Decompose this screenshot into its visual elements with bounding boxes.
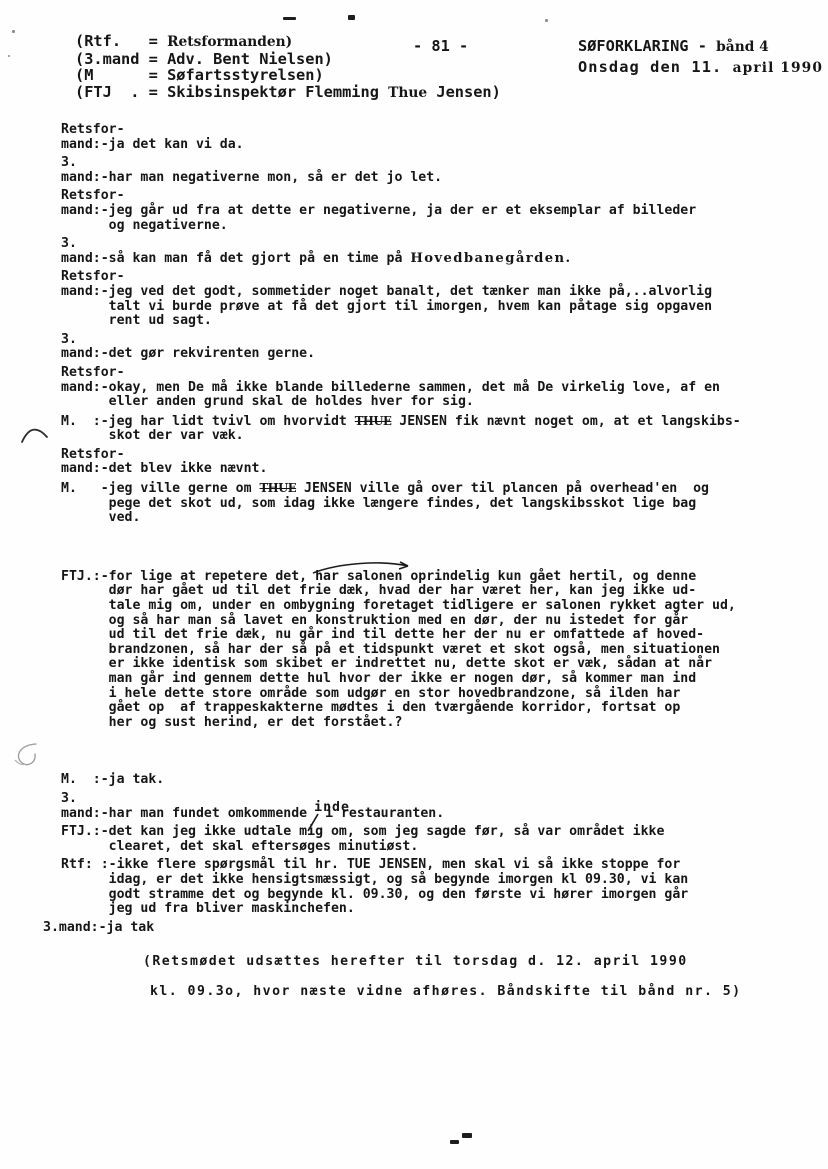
text-segment: mand:-jeg ved det godt, sommetider noget… xyxy=(61,284,712,299)
session-date: Onsdag den 11. april 1990 xyxy=(578,58,828,79)
text-segment: mand:-ja det kan vi da. xyxy=(61,137,244,152)
handwritten-insertion-word: inde xyxy=(314,801,350,816)
transcript-line: godt stramme det og begynde kl. 09.30, o… xyxy=(61,888,791,903)
text-segment: talt vi burde prøve at få det gjort til … xyxy=(61,299,712,314)
text-segment: dør har gået ud til det frie dæk, hvad d… xyxy=(61,583,696,598)
text-segment: (3.mand = Adv. Bent Nielsen) xyxy=(75,50,333,68)
transcript-line: 3.mand:-ja tak xyxy=(43,921,791,936)
text-segment: Retsfor- xyxy=(61,188,125,203)
handwritten-caret-stroke xyxy=(305,813,319,832)
text-segment: Retsfor- xyxy=(61,365,125,380)
text-segment: clearet, det skal eftersøges minutiøst. xyxy=(61,839,418,854)
transcript-line: gået op af trappeskakterne mødtes i den … xyxy=(61,701,791,716)
text-segment: Onsdag den 11. xyxy=(578,58,733,76)
text-segment: 3. xyxy=(61,155,77,170)
text-segment: (FTJ . = Skibsinspektør Flemming xyxy=(75,83,388,101)
inserted-typeface-text: Hovedbanegården. xyxy=(410,251,571,266)
inserted-typeface-text: Thue xyxy=(388,85,427,101)
scan-artifact-dash xyxy=(450,1140,459,1144)
transcript-line: ud til det frie dæk, nu går ind til dett… xyxy=(61,628,791,643)
header-right: SØFORKLARING - bånd 4Onsdag den 11. apri… xyxy=(578,37,828,78)
transcript-line: eller anden grund skal de holdes hver fo… xyxy=(61,395,791,410)
text-segment: idag, er det ikke hensigtsmæssigt, og så… xyxy=(61,872,688,887)
text-segment: tale mig om, under en ombygning foretage… xyxy=(61,598,736,613)
transcript-body: Retsfor-mand:-ja det kan vi da.3.mand:-h… xyxy=(61,123,791,1000)
text-segment: jeg ud fra bliver maskinchefen. xyxy=(61,901,355,916)
transcript-line: mand:-ja det kan vi da. xyxy=(61,138,791,153)
transcript-line: idag, er det ikke hensigtsmæssigt, og så… xyxy=(61,873,791,888)
text-segment: M. :-ja tak. xyxy=(61,772,164,787)
transcript-line: Retsfor- xyxy=(61,270,791,285)
transcript-line: 3. xyxy=(61,792,791,807)
text-segment: godt stramme det og begynde kl. 09.30, o… xyxy=(61,887,688,902)
scan-artifact-dash xyxy=(462,1133,472,1138)
text-segment: gået op af trappeskakterne mødtes i den … xyxy=(61,700,680,715)
text-segment: Retsfor- xyxy=(61,122,125,137)
text-segment: og så har man så lavet en konstruktion m… xyxy=(61,613,688,628)
transcript-line: her og sust herind, er det forstået.? xyxy=(61,716,791,731)
text-segment: mand:-har man negativerne mon, så er det… xyxy=(61,170,442,185)
transcript-line: skot der var væk. xyxy=(61,429,791,444)
transcript-line: er ikke identisk som skibet er indrettet… xyxy=(61,657,791,672)
transcript-line: M. :-ja tak. xyxy=(61,773,791,788)
case-title: SØFORKLARING - bånd 4 xyxy=(578,37,828,58)
text-segment: M. -jeg ville gerne om xyxy=(61,481,260,496)
text-segment: JENSEN fik nævnt noget om, at et langski… xyxy=(391,414,740,429)
transcript-line: 3. xyxy=(61,237,791,252)
text-segment: 3. xyxy=(61,791,77,806)
text-segment: (Rtf. = xyxy=(75,32,167,50)
text-segment: pege det skot ud, som idag ikke længere … xyxy=(61,496,696,511)
handwritten-arc-annotation xyxy=(311,561,416,576)
scanned-transcript-page: (Rtf. = Retsformanden)(3.mand = Adv. Ben… xyxy=(0,0,828,1169)
text-segment: FTJ.:-det kan jeg ikke udtale mig om, so… xyxy=(61,824,664,839)
text-segment: brandzonen, så har der så på et tidspunk… xyxy=(61,642,720,657)
text-segment: ud til det frie dæk, nu går ind til dett… xyxy=(61,627,704,642)
transcript-line: mand:-jeg ved det godt, sommetider noget… xyxy=(61,285,791,300)
transcript-line: Retsfor- xyxy=(61,123,791,138)
text-segment: er ikke identisk som skibet er indrettet… xyxy=(61,656,712,671)
transcript-line: mand:-jeg går ud fra at dette er negativ… xyxy=(61,204,791,219)
transcript-line: man går ind gennem dette hul hvor der ik… xyxy=(61,672,791,687)
transcript-line: ved. xyxy=(61,511,791,526)
text-segment: Rtf: :-ikke flere spørgsmål til hr. TUE … xyxy=(61,857,680,872)
text-segment: og negativerne. xyxy=(61,218,228,233)
transcript-line: talt vi burde prøve at få det gjort til … xyxy=(61,300,791,315)
text-segment: mand:-okay, men De må ikke blande billed… xyxy=(61,380,720,395)
transcript-line: i hele dette store område som udgør en s… xyxy=(61,687,791,702)
transcript-line: tale mig om, under en ombygning foretage… xyxy=(61,599,791,614)
text-segment: man går ind gennem dette hul hvor der ik… xyxy=(61,671,696,686)
text-segment: rent ud sagt. xyxy=(61,313,212,328)
text-segment: skot der var væk. xyxy=(61,428,244,443)
transcript-line: jeg ud fra bliver maskinchefen. xyxy=(61,902,791,917)
transcript-line: 3. xyxy=(61,156,791,171)
inserted-typeface-text: Retsformanden) xyxy=(167,34,292,50)
transcript-line: Retsfor- xyxy=(61,366,791,381)
text-segment: mand:-så kan man få det gjort på en time… xyxy=(61,251,410,266)
text-segment: mand:-jeg går ud fra at dette er negativ… xyxy=(61,203,696,218)
text-segment: - xyxy=(689,37,717,55)
transcript-line: FTJ.:-det kan jeg ikke udtale mig om, so… xyxy=(61,825,791,840)
scan-artifact-dot xyxy=(12,30,15,33)
scan-artifact-dash xyxy=(283,17,296,20)
text-segment: i hele dette store område som udgør en s… xyxy=(61,686,680,701)
struck-name: THUE xyxy=(355,414,392,428)
text-segment: ved. xyxy=(61,510,140,525)
transcript-line: mand:-det gør rekvirenten gerne. xyxy=(61,347,791,362)
legend-line: (M = Søfartsstyrelsen) xyxy=(75,67,501,84)
page-number: - 81 - xyxy=(413,37,468,55)
transcript-line: mand:-det blev ikke nævnt. xyxy=(61,462,791,477)
transcript-line: dør har gået ud til det frie dæk, hvad d… xyxy=(61,584,791,599)
transcript-line: og negativerne. xyxy=(61,219,791,234)
handwritten-margin-mark xyxy=(20,422,50,448)
text-segment: eller anden grund skal de holdes hver fo… xyxy=(61,394,474,409)
text-segment: Jensen) xyxy=(427,83,501,101)
text-segment: 3. xyxy=(61,332,77,347)
text-segment: oprindelig kun gået hertil, og denne xyxy=(402,569,696,584)
text-segment: JENSEN ville gå over til plancen på over… xyxy=(296,481,709,496)
text-segment: mand:-det blev ikke nævnt. xyxy=(61,461,267,476)
text-segment: FTJ.:-for lige at repetere det, har xyxy=(61,569,347,584)
text-segment: (Retsmødet udsættes herefter til torsdag… xyxy=(143,954,688,969)
handwritten-margin-mark xyxy=(12,742,46,770)
text-segment: 3. xyxy=(61,236,77,251)
transcript-line: mand:-okay, men De må ikke blande billed… xyxy=(61,381,791,396)
transcript-line: Rtf: :-ikke flere spørgsmål til hr. TUE … xyxy=(61,858,791,873)
transcript-line: rent ud sagt. xyxy=(61,314,791,329)
annotated-word: salonen xyxy=(347,570,403,585)
title-text: SØFORKLARING xyxy=(578,37,689,55)
transcript-line: Retsfor- xyxy=(61,189,791,204)
transcript-line: mand:-har man fundet omkommendeinde i re… xyxy=(61,807,791,822)
text-segment: (M = Søfartsstyrelsen) xyxy=(75,66,324,84)
adjournment-note-line: (Retsmødet udsættes herefter til torsdag… xyxy=(61,955,791,970)
adjournment-note-line: kl. 09.3o, hvor næste vidne afhøres. Bån… xyxy=(61,985,791,1000)
transcript-line: mand:-så kan man få det gjort på en time… xyxy=(61,252,791,267)
text-segment: M. :-jeg har lidt tvivl om hvorvidt xyxy=(61,414,355,429)
text-segment: kl. 09.3o, hvor næste vidne afhøres. Bån… xyxy=(150,984,742,999)
legend-line: (FTJ . = Skibsinspektør Flemming Thue Je… xyxy=(75,84,501,102)
struck-name: THUE xyxy=(260,481,297,495)
text-segment: her og sust herind, er det forstået.? xyxy=(61,715,402,730)
text-segment: mand:-det gør rekvirenten gerne. xyxy=(61,346,315,361)
transcript-line: M. :-jeg har lidt tvivl om hvorvidt THUE… xyxy=(61,414,791,430)
scan-artifact-dot xyxy=(545,19,548,22)
scan-artifact-dot xyxy=(348,15,355,20)
transcript-line: pege det skot ud, som idag ikke længere … xyxy=(61,497,791,512)
text-segment: Retsfor- xyxy=(61,269,125,284)
scan-artifact-dot xyxy=(8,55,10,57)
inserted-typeface-text: april 1990 xyxy=(733,60,823,76)
inserted-typeface-text: bånd 4 xyxy=(716,39,769,55)
text-segment: 3.mand:-ja tak xyxy=(43,920,154,935)
transcript-line: clearet, det skal eftersøges minutiøst. xyxy=(61,840,791,855)
transcript-line: M. -jeg ville gerne om THUE JENSEN ville… xyxy=(61,481,791,497)
text-segment: mand:-har man fundet omkommende xyxy=(61,806,307,821)
transcript-line: mand:-har man negativerne mon, så er det… xyxy=(61,171,791,186)
text-segment: Retsfor- xyxy=(61,447,125,462)
